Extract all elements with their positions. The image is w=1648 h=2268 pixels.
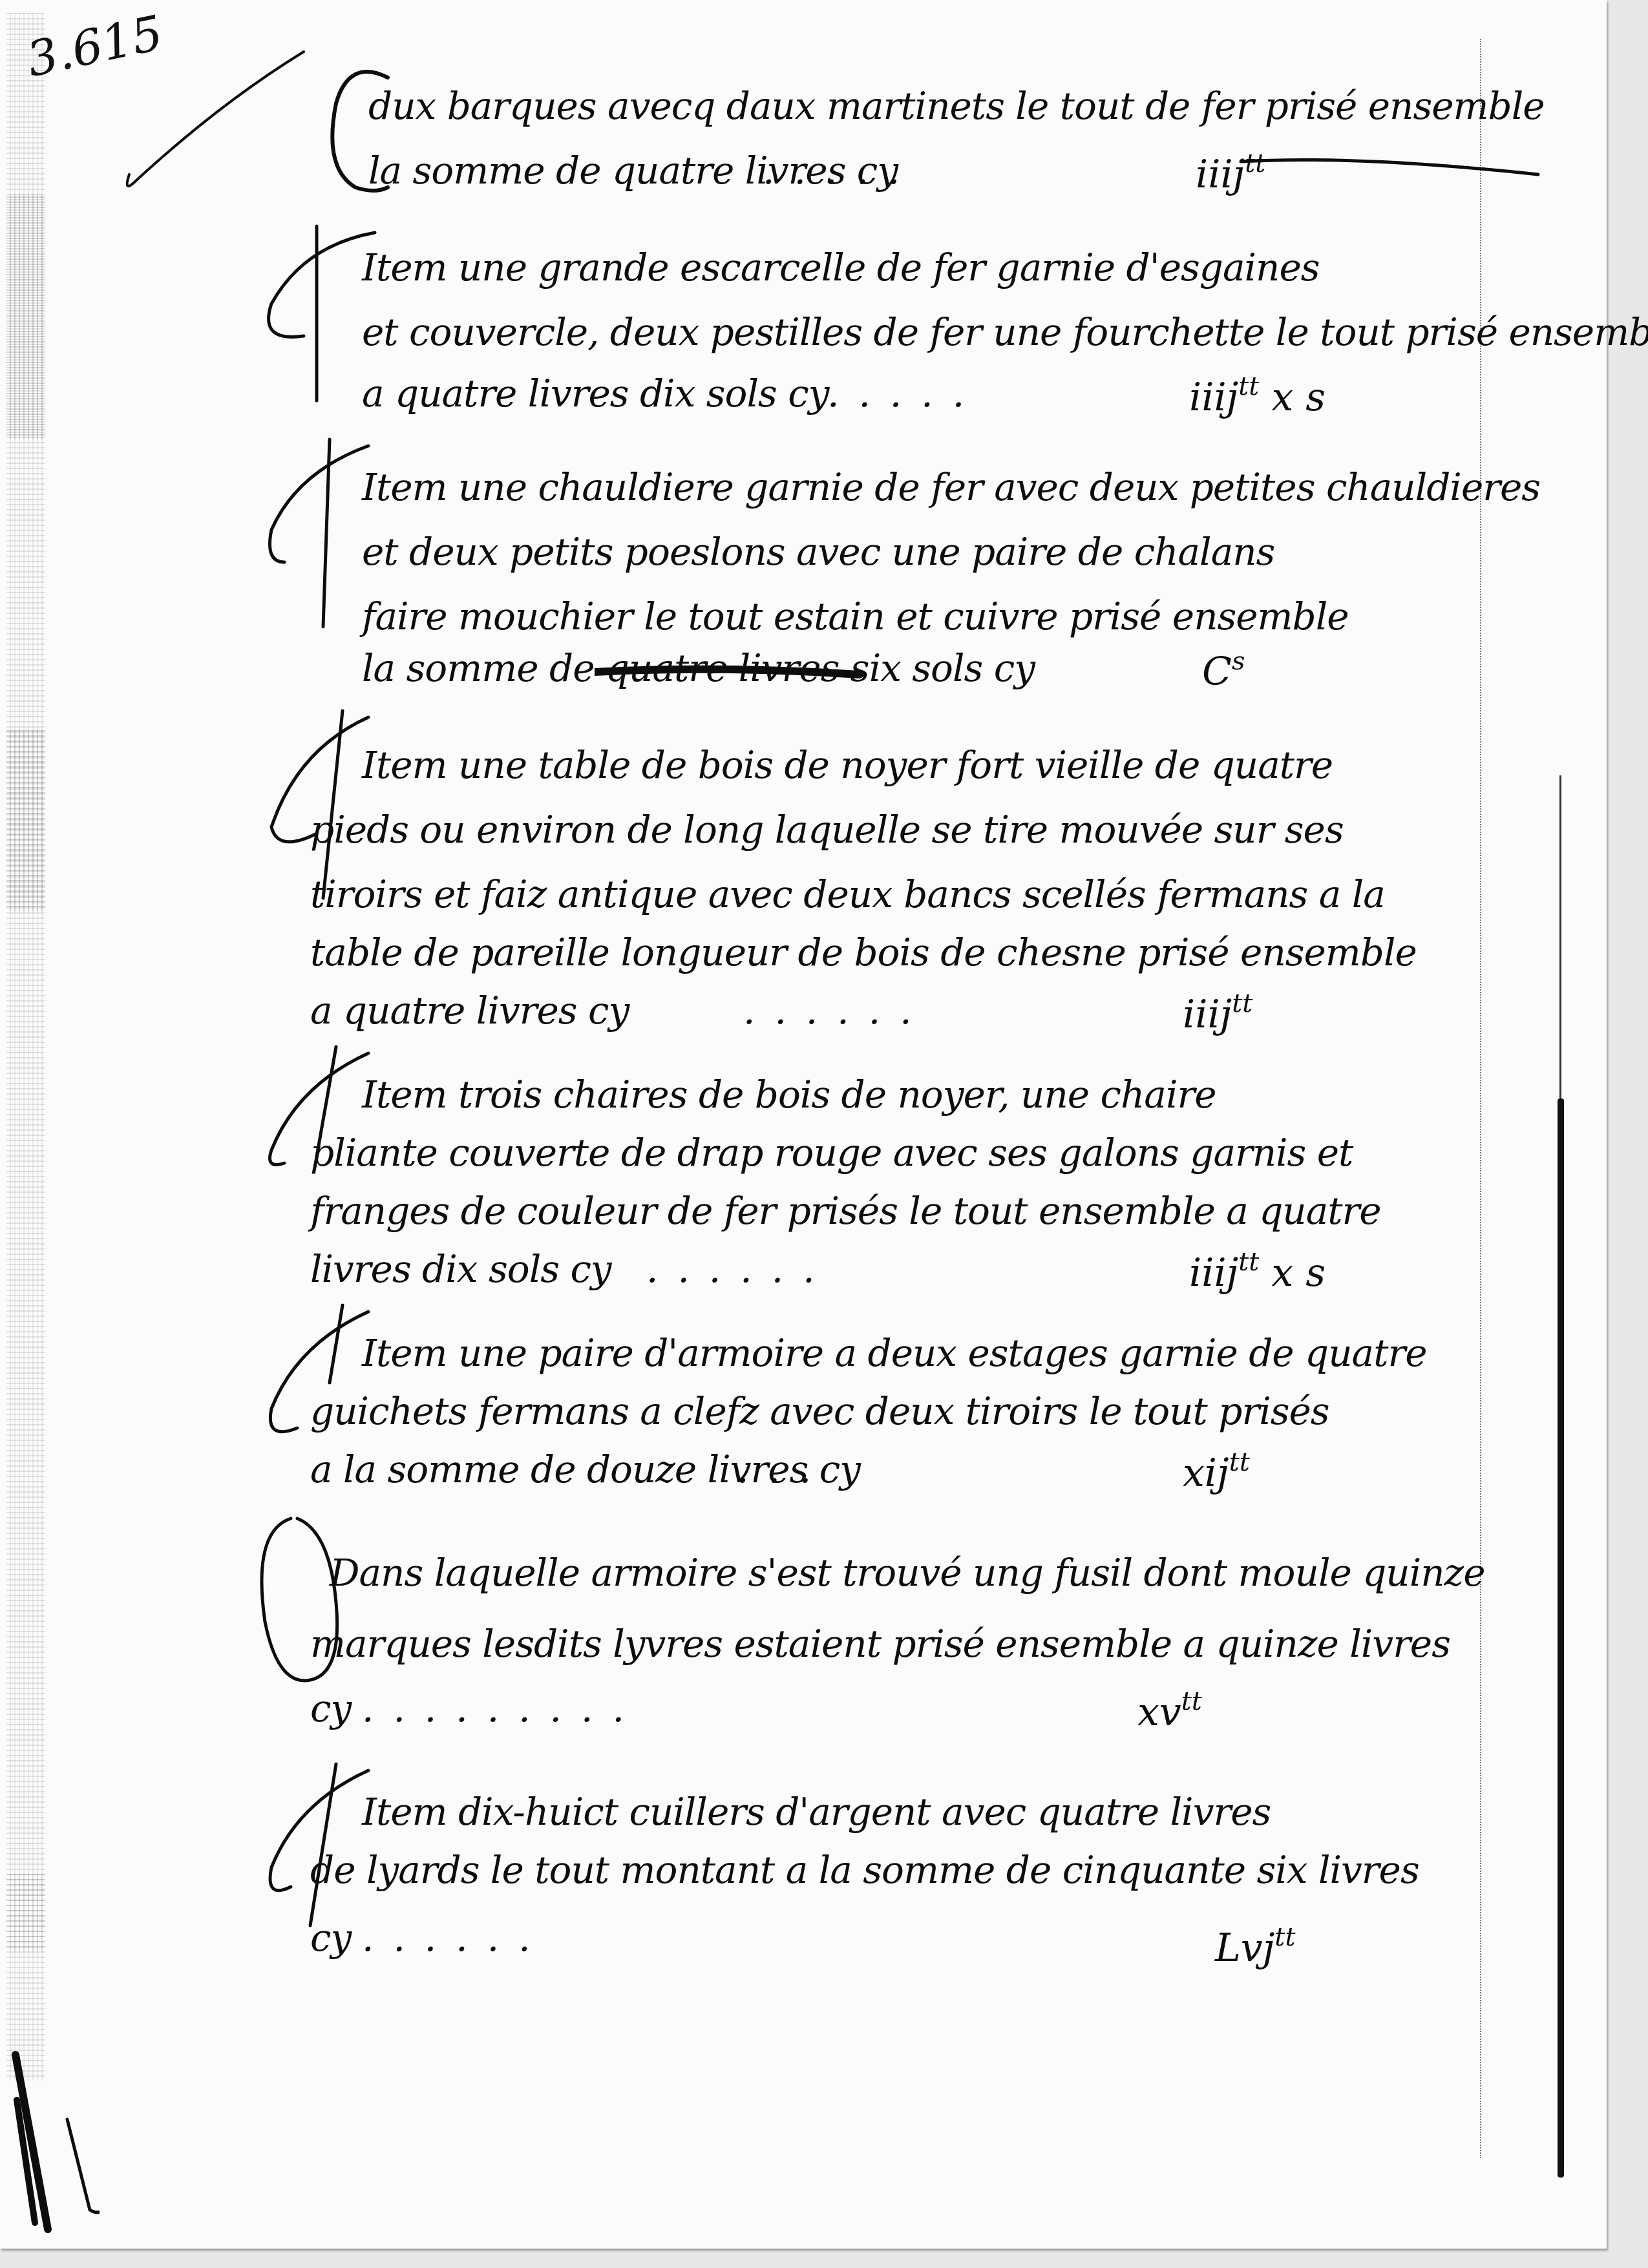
price-amount: iiijtt x s xyxy=(1189,1247,1326,1296)
binding-speckle xyxy=(6,730,45,911)
leader-dots: ...... xyxy=(743,989,931,1033)
entry-line: Item une chauldiere garnie de fer avec d… xyxy=(362,465,1540,509)
price-amount: xijtt xyxy=(1183,1447,1250,1496)
scanned-page: 3.615 dux barques avecq daux martinets l… xyxy=(0,0,1648,2268)
entry-line: Item une grande escarcelle de fer garnie… xyxy=(362,246,1319,289)
entry-line: Item trois chaires de bois de noyer, une… xyxy=(362,1073,1216,1117)
price-amount: iiijtt xyxy=(1196,149,1265,197)
entry-line: pliante couverte de drap rouge avec ses … xyxy=(310,1131,1353,1175)
entry-line: tiroirs et faiz antique avec deux bancs … xyxy=(310,872,1385,916)
entry-line: table de pareille longueur de bois de ch… xyxy=(310,930,1417,974)
leader-dots: ...... xyxy=(646,1247,834,1291)
manuscript-paper: 3.615 dux barques avecq daux martinets l… xyxy=(0,0,1607,2249)
entry-line: faire mouchier le tout estain et cuivre … xyxy=(362,594,1349,638)
entry-line: cy xyxy=(310,1916,351,1960)
entry-line: de lyards le tout montant a la somme de … xyxy=(310,1848,1419,1892)
entry-line: a quatre livres dix sols cy xyxy=(362,372,829,415)
binding-speckle xyxy=(6,194,45,439)
entry-line: la somme de quatre livres six sols cy xyxy=(362,646,1035,690)
entry-line: Dans laquelle armoire s'est trouvé ung f… xyxy=(330,1551,1484,1595)
price-amount: xvtt xyxy=(1137,1686,1202,1735)
binding-speckle xyxy=(6,1874,45,1951)
leader-dots: ......... xyxy=(362,1686,644,1730)
entry-line: et couvercle, deux pestilles de fer une … xyxy=(362,310,1648,354)
entry-line: a quatre livres cy xyxy=(310,989,629,1033)
entry-line: pieds ou environ de long laquelle se tir… xyxy=(310,808,1344,852)
price-amount: iiijtt x s xyxy=(1189,372,1326,420)
leader-dots: ..... xyxy=(763,149,919,193)
entry-line: Item une table de bois de noyer fort vie… xyxy=(362,743,1333,787)
entry-line: marques lesdits lyvres estaient prisé en… xyxy=(310,1622,1450,1666)
entry-line: guichets fermans a clefz avec deux tiroi… xyxy=(310,1389,1329,1433)
initial-d-flourish xyxy=(259,1506,388,1699)
entry-line: Item une paire d'armoire a deux estages … xyxy=(362,1331,1427,1375)
leader-dots: ... xyxy=(737,1447,830,1491)
leader-dots: ..... xyxy=(827,372,984,415)
price-underline xyxy=(1228,149,1551,226)
leader-dots: ...... xyxy=(362,1916,550,1960)
price-amount: Lvjtt xyxy=(1215,1922,1296,1971)
entry-line: et deux petits poeslons avec une paire d… xyxy=(362,530,1274,574)
right-border-line xyxy=(1559,775,1561,1098)
entry-line: dux barques avecq daux martinets le tout… xyxy=(368,84,1545,128)
initial-c-flourish xyxy=(310,58,414,220)
margin-ruling xyxy=(1480,39,1481,2158)
entry-line: franges de couleur de fer prisés le tout… xyxy=(310,1189,1381,1233)
entry-line: Item dix-huict cuillers d'argent avec qu… xyxy=(362,1790,1271,1834)
entry-line: cy xyxy=(310,1686,351,1730)
entry-line: livres dix sols cy xyxy=(310,1247,611,1291)
price-amount: Cs xyxy=(1202,646,1245,695)
corner-ink-marks xyxy=(9,2042,100,2236)
right-border-line xyxy=(1558,1098,1564,2178)
price-amount: iiijtt xyxy=(1183,989,1252,1037)
